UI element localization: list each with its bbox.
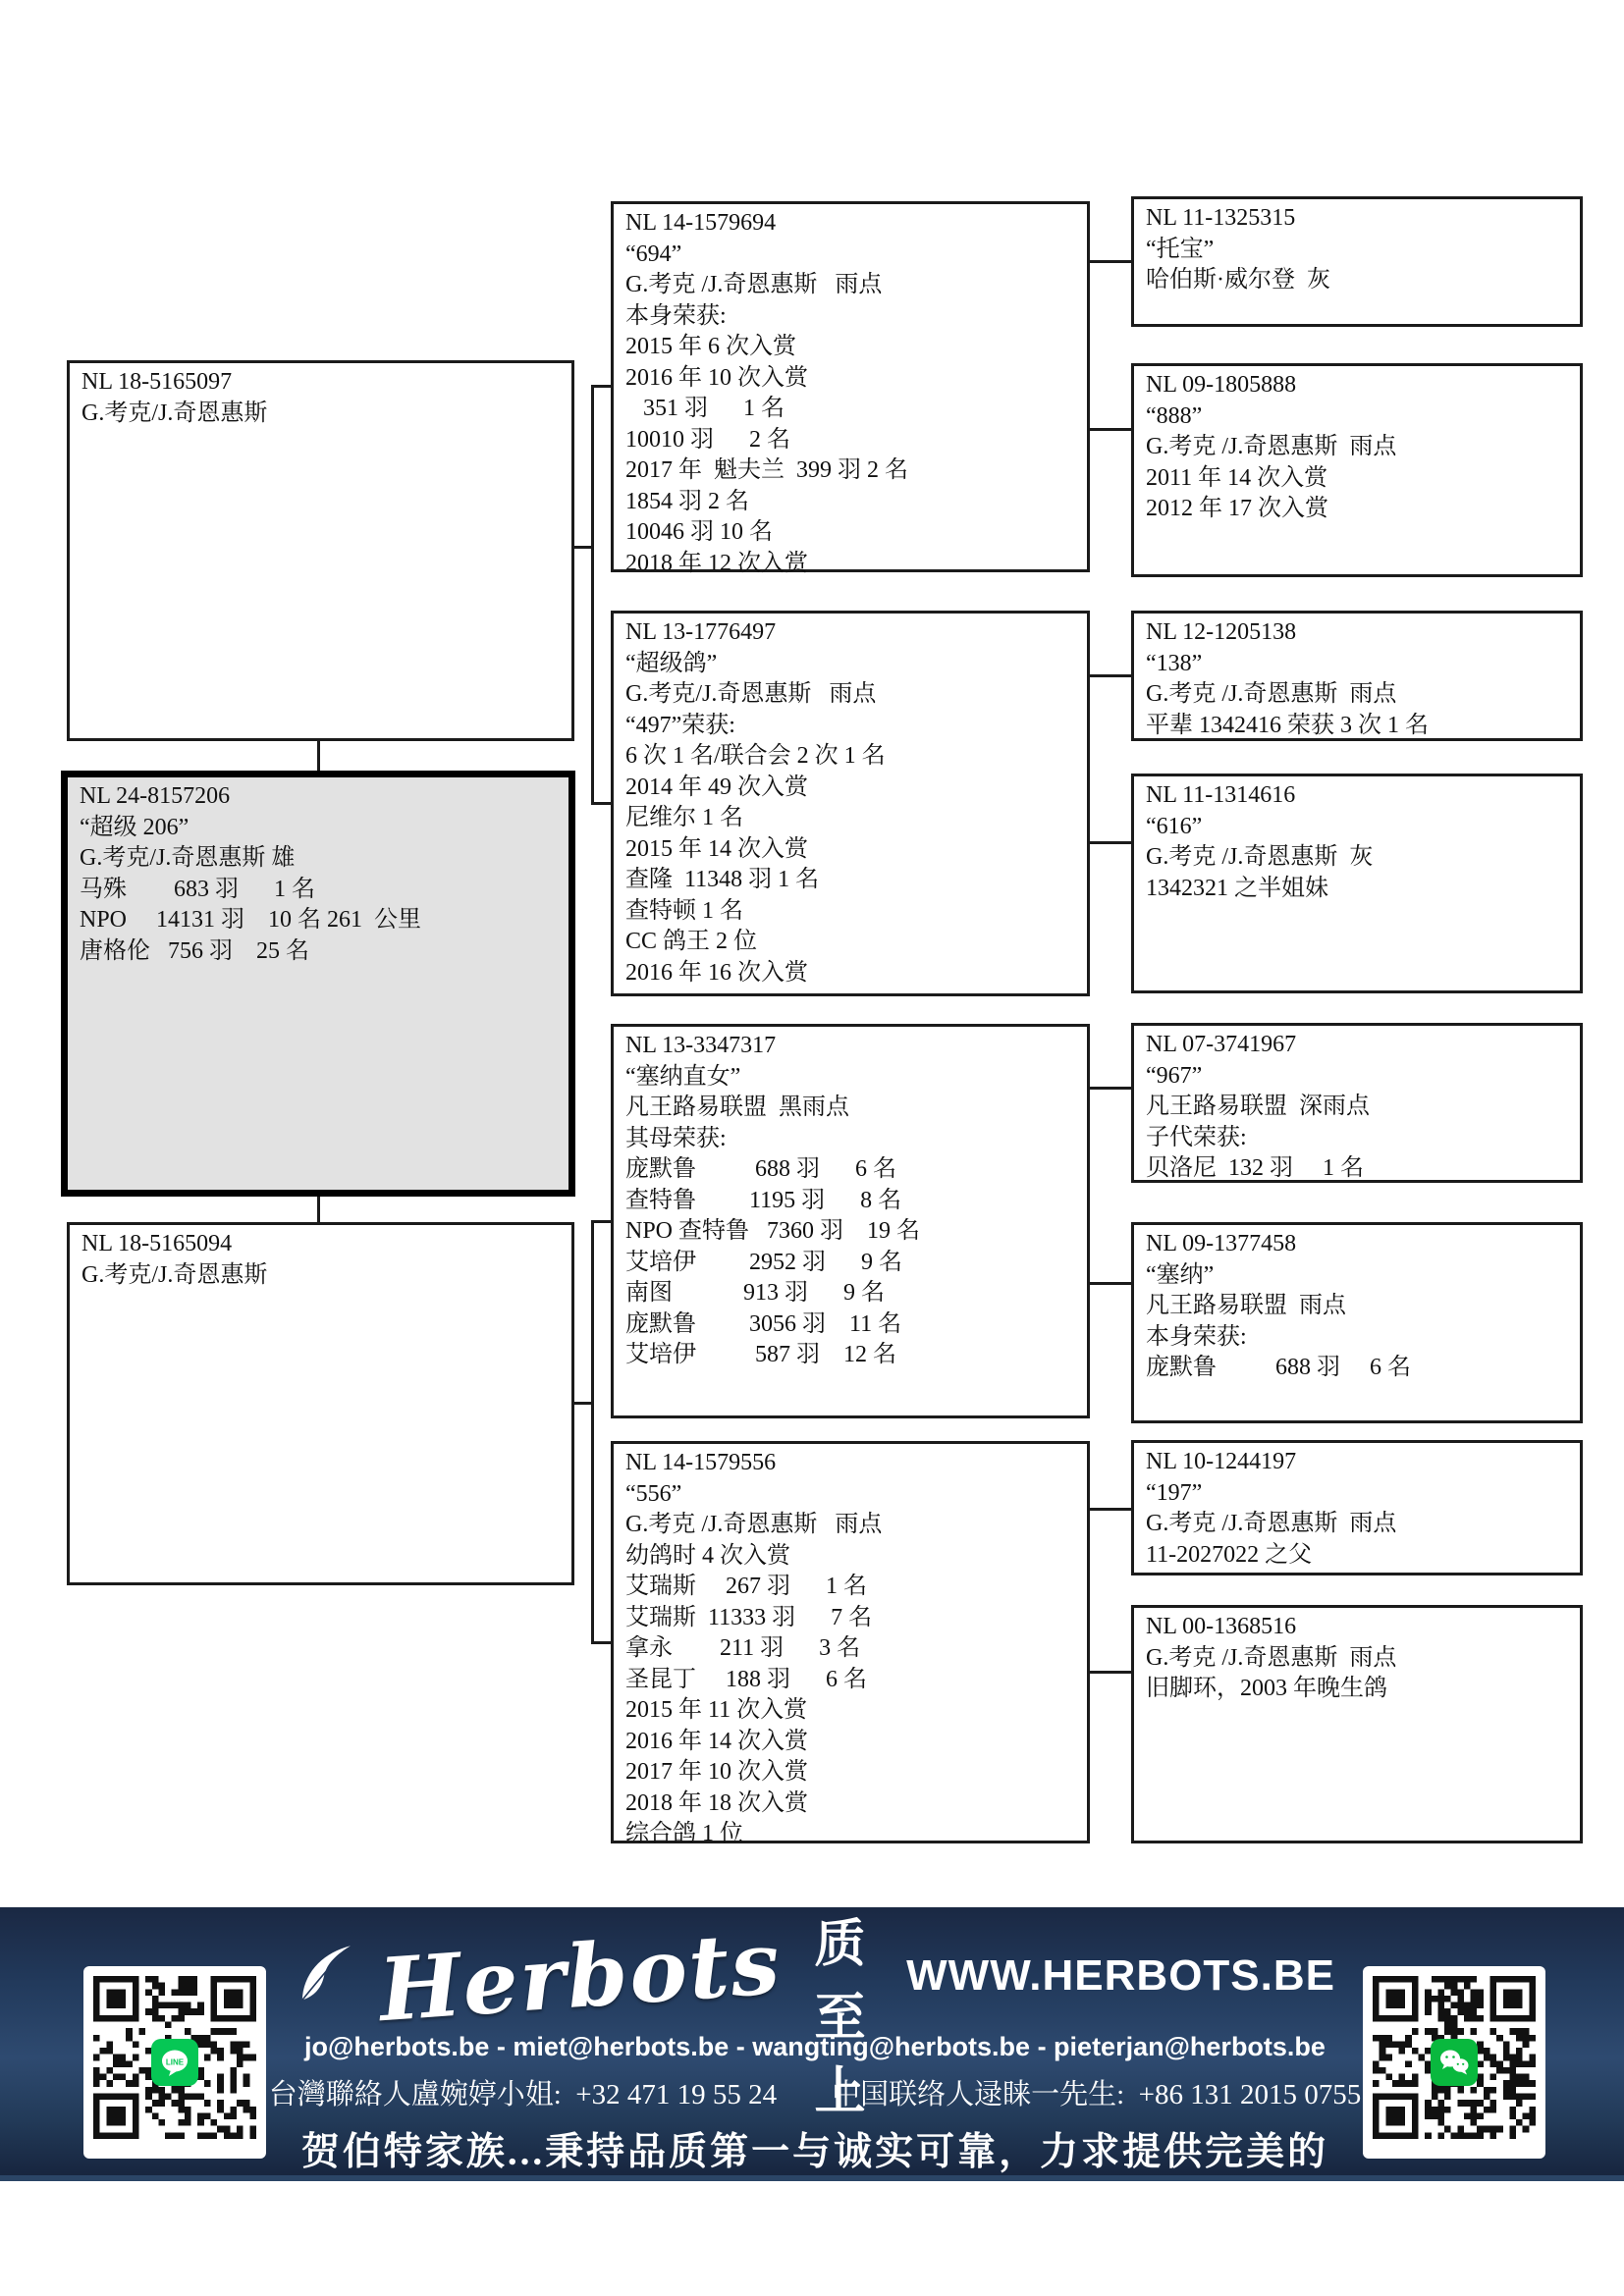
pedigree-box-dam-dam-sire: NL 10-1244197“197”G.考克 /J.奇恩惠斯 雨点11-2027… — [1131, 1440, 1583, 1575]
brand-logo-herbots: Herbots — [376, 1911, 785, 2041]
footer-content: Herbots 品质至上 WWW.HERBOTS.BE jo@herbots.b… — [295, 1922, 1335, 2177]
pedigree-box-dam: NL 18-5165094G.考克/J.奇恩惠斯 — [67, 1222, 574, 1585]
email-addresses[interactable]: jo@herbots.be - miet@herbots.be - wangti… — [295, 2032, 1335, 2062]
pedigree-box-dam-sire-dam: NL 09-1377458“塞纳”凡王路易联盟 雨点本身荣获:庞默鲁 688 羽… — [1131, 1222, 1583, 1423]
pedigree-box-sire-sire: NL 14-1579694“694”G.考克 /J.奇恩惠斯 雨点本身荣获:20… — [611, 201, 1090, 572]
connector-line — [1090, 841, 1131, 844]
website-url[interactable]: WWW.HERBOTS.BE — [906, 1951, 1335, 2001]
connector-line — [1090, 260, 1131, 263]
connector-line — [1090, 1282, 1131, 1285]
footer-slogan: 贺伯特家族...秉持品质第一与诚实可靠，力求提供完美的服务! — [295, 2121, 1335, 2231]
line-icon: LINE — [151, 2039, 198, 2086]
pedigree-page: NL 18-5165097G.考克/J.奇恩惠斯 NL 24-8157206“超… — [0, 0, 1624, 2296]
connector-line — [591, 385, 611, 388]
contact-china: 中国联络人逯睐一先生: +86 131 2015 0755 — [832, 2072, 1361, 2112]
pedigree-box-sire-sire-sire: NL 11-1325315“托宝”哈伯斯·威尔登 灰 — [1131, 196, 1583, 327]
pedigree-box-sire-dam: NL 13-1776497“超级鸽”G.考克/J.奇恩惠斯 雨点“497”荣获:… — [611, 611, 1090, 996]
pedigree-box-dam-sire: NL 13-3347317“塞纳直女”凡王路易联盟 黑雨点其母荣获:庞默鲁 68… — [611, 1024, 1090, 1418]
connector-line — [1090, 1508, 1131, 1511]
connector-line — [1090, 1671, 1131, 1674]
connector-line — [1090, 428, 1131, 431]
pedigree-box-sire-dam-sire: NL 12-1205138“138”G.考克 /J.奇恩惠斯 雨点平辈 1342… — [1131, 611, 1583, 741]
pedigree-box-subject: NL 24-8157206“超级 206”G.考克/J.奇恩惠斯 雄马殊 683… — [61, 771, 575, 1197]
qr-code-line: LINE — [83, 1966, 266, 2159]
pedigree-box-dam-dam: NL 14-1579556“556”G.考克 /J.奇恩惠斯 雨点幼鸽时 4 次… — [611, 1441, 1090, 1843]
connector-line — [591, 1641, 611, 1644]
pedigree-box-dam-dam-dam: NL 00-1368516G.考克 /J.奇恩惠斯 雨点旧脚环，2003 年晚生… — [1131, 1605, 1583, 1843]
connector-line — [591, 1220, 594, 1644]
connector-line — [317, 741, 320, 771]
connector-line — [1090, 674, 1131, 677]
pedigree-box-sire-dam-dam: NL 11-1314616“616”G.考克 /J.奇恩惠斯 灰1342321 … — [1131, 774, 1583, 993]
svg-text:LINE: LINE — [166, 2058, 185, 2067]
connector-line — [317, 1197, 320, 1222]
connector-line — [591, 385, 594, 805]
wechat-icon — [1431, 2039, 1478, 2086]
qr-code-wechat — [1363, 1966, 1545, 2159]
connector-line — [1090, 1087, 1131, 1090]
contact-taiwan: 台灣聯絡人盧婉婷小姐: +32 471 19 55 24 — [269, 2072, 777, 2112]
pedigree-box-sire-sire-dam: NL 09-1805888“888”G.考克 /J.奇恩惠斯 雨点2011 年 … — [1131, 363, 1583, 577]
connector-line — [591, 1220, 611, 1223]
pedigree-box-dam-sire-sire: NL 07-3741967“967”凡王路易联盟 深雨点子代荣获:贝洛尼 132… — [1131, 1023, 1583, 1183]
pedigree-box-sire: NL 18-5165097G.考克/J.奇恩惠斯 — [67, 360, 574, 741]
connector-line — [591, 802, 611, 805]
feather-icon — [291, 1943, 362, 2008]
